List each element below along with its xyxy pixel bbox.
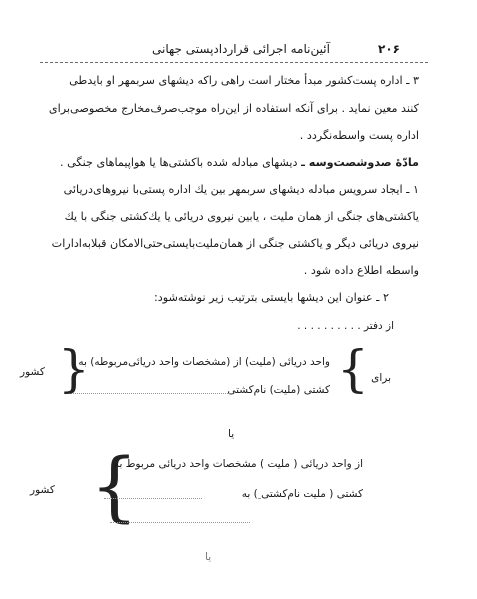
article-number: مادّهٔ صدوشصت‌وسه ـ xyxy=(301,156,419,169)
page-number: ۲۰۶ xyxy=(378,42,400,56)
item-1-line-1: ۱ ـ ایجاد سرویس مبادله دیشهای سربمهر بین… xyxy=(64,183,419,196)
running-header-title: آئین‌نامه اجرائی قرارداد‌پستی جهانی xyxy=(152,42,330,56)
form1-blank-line xyxy=(70,393,230,394)
separator-or: یا xyxy=(228,428,234,440)
item-2-line-1: ۲ ـ عنوان این دیشها بایستی بترتیب زیر نو… xyxy=(154,291,389,304)
form1-from-office: از دفتر . . . . . . . . . . xyxy=(297,320,394,332)
paragraph-3-line-3: اداره پست واسطه‌نگردد . xyxy=(300,129,419,142)
article-subject: دیشهای مبادله شده باکشتی‌ها یا هواپیماها… xyxy=(60,156,298,169)
paragraph-3-line-2: کنند معین نماید . برای آنکه استفاده از ا… xyxy=(49,102,419,115)
form1-right-brace: { xyxy=(337,344,369,394)
form1-country-label: کشور xyxy=(20,366,45,378)
footer-mark: یا xyxy=(205,551,211,563)
form1-for-label: برای xyxy=(371,372,391,384)
item-1-line-4: واسطه اطلاع داده شود . xyxy=(304,264,419,277)
header-rule xyxy=(40,62,428,63)
item-1-line-3: نیروی دریائی دیگر و یاکشتی جنگی از همان‌… xyxy=(52,237,419,250)
paragraph-3-line-1: ۳ ـ اداره پست‌کشور مبدأ مختار است راهی ر… xyxy=(69,74,419,87)
form1-left-brace: } xyxy=(58,344,90,394)
form2-country-label: کشور xyxy=(30,484,55,496)
item-1-line-2: یاکشتی‌های جنگی از همان ملیت ، یابین نیر… xyxy=(65,210,419,223)
form1-line-2: کشتی (ملیت) نام‌کشتی xyxy=(227,384,330,396)
form2-blank-line-1 xyxy=(104,498,202,499)
document-page: ۲۰۶ آئین‌نامه اجرائی قرارداد‌پستی جهانی … xyxy=(0,0,477,599)
form2-line-1: از واحد دریائی ( ملیت ) مشخصات واحد دریا… xyxy=(114,458,363,470)
form2-blank-line-1b xyxy=(258,498,260,499)
form2-blank-line-2 xyxy=(110,522,250,523)
article-heading: مادّهٔ صدوشصت‌وسه ـ دیشهای مبادله شده با… xyxy=(60,156,419,169)
form1-line-1: واحد دریائی (ملیت) از (مشخصات واحد دریائ… xyxy=(78,356,330,368)
